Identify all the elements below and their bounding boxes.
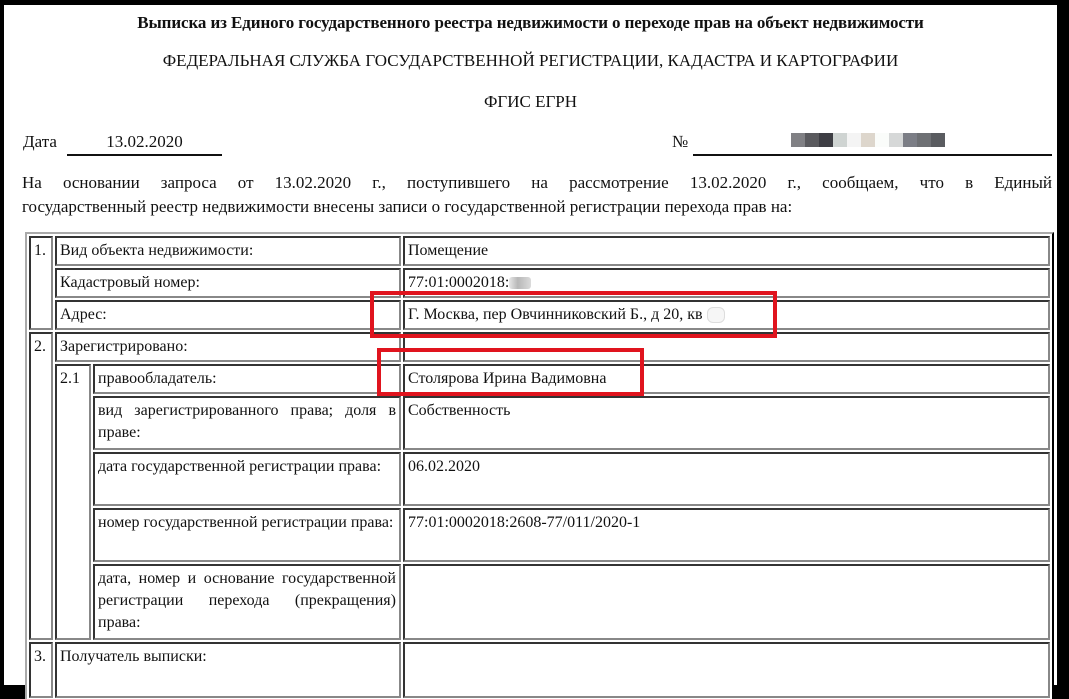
redacted-apartment: [707, 307, 725, 323]
intro-paragraph: На основании запроса от 13.02.2020 г., п…: [22, 171, 1052, 219]
table-row: дата государственной регистрации права: …: [29, 452, 1050, 506]
intro-line-2: государственный реестр недвижимости внес…: [22, 195, 1052, 219]
table-row: вид зарегистрированного права; доля в пр…: [29, 396, 1050, 450]
cadastral-number: 77:01:0002018:: [408, 274, 509, 291]
redaction-block: [875, 133, 889, 147]
number-value: [693, 132, 1052, 156]
section-number: 1.: [29, 236, 53, 330]
document-title: Выписка из Единого государственного реес…: [4, 13, 1057, 33]
intro-line-1: На основании запроса от 13.02.2020 г., п…: [22, 171, 1052, 195]
table-row: 1. Вид объекта недвижимости: Помещение: [29, 236, 1050, 266]
cadastral-number-cell: 77:01:0002018:: [403, 268, 1050, 298]
redaction-block: [889, 133, 903, 147]
row-label: дата государственной регистрации права:: [93, 452, 401, 506]
number-label: №: [672, 132, 688, 152]
redaction-block: [819, 133, 833, 147]
table-row: 3. Получатель выписки:: [29, 642, 1050, 698]
row-value: [403, 332, 1050, 362]
section-number: 2.: [29, 332, 53, 640]
redacted-cadastral-suffix: [509, 277, 531, 289]
redaction-block: [847, 133, 861, 147]
row-label: правообладатель:: [93, 364, 401, 394]
address-cell: Г. Москва, пер Овчинниковский Б., д 20, …: [403, 300, 1050, 330]
agency-name: ФЕДЕРАЛЬНАЯ СЛУЖБА ГОСУДАРСТВЕННОЙ РЕГИС…: [4, 51, 1057, 71]
row-value: 77:01:0002018:2608-77/011/2020-1: [403, 508, 1050, 562]
row-value: 06.02.2020: [403, 452, 1050, 506]
redaction-block: [833, 133, 847, 147]
redaction-block: [861, 133, 875, 147]
row-value: [403, 642, 1050, 698]
registry-table: 1. Вид объекта недвижимости: Помещение К…: [25, 232, 1054, 699]
redaction-block: [917, 133, 931, 147]
document-page: Выписка из Единого государственного реес…: [4, 5, 1057, 685]
row-label: Адрес:: [55, 300, 401, 330]
table-row: 2.1 правообладатель: Столярова Ирина Вад…: [29, 364, 1050, 394]
redaction-block: [931, 133, 945, 147]
redacted-number: [791, 133, 945, 147]
row-value: Помещение: [403, 236, 1050, 266]
row-label: Кадастровый номер:: [55, 268, 401, 298]
row-label: вид зарегистрированного права; доля в пр…: [93, 396, 401, 450]
date-value: 13.02.2020: [67, 132, 222, 156]
row-label: Зарегистрировано:: [55, 332, 401, 362]
table-row: Адрес: Г. Москва, пер Овчинниковский Б.,…: [29, 300, 1050, 330]
table-row: Кадастровый номер: 77:01:0002018:: [29, 268, 1050, 298]
row-value: [403, 564, 1050, 640]
right-holder-value: Столярова Ирина Вадимовна: [403, 364, 1050, 394]
address-value: Г. Москва, пер Овчинниковский Б., д 20, …: [408, 306, 703, 323]
table-row: 2. Зарегистрировано:: [29, 332, 1050, 362]
row-label: номер государственной регистрации права:: [93, 508, 401, 562]
redaction-block: [805, 133, 819, 147]
system-name: ФГИС ЕГРН: [4, 92, 1057, 112]
row-value: Собственность: [403, 396, 1050, 450]
row-label: Вид объекта недвижимости:: [55, 236, 401, 266]
table-row: дата, номер и основание государственной …: [29, 564, 1050, 640]
row-label: дата, номер и основание государственной …: [93, 564, 401, 640]
redaction-block: [903, 133, 917, 147]
date-label: Дата: [23, 132, 57, 152]
subsection-number: 2.1: [55, 364, 91, 640]
table-row: номер государственной регистрации права:…: [29, 508, 1050, 562]
redaction-block: [791, 133, 805, 147]
section-number: 3.: [29, 642, 53, 698]
row-label: Получатель выписки:: [55, 642, 401, 698]
